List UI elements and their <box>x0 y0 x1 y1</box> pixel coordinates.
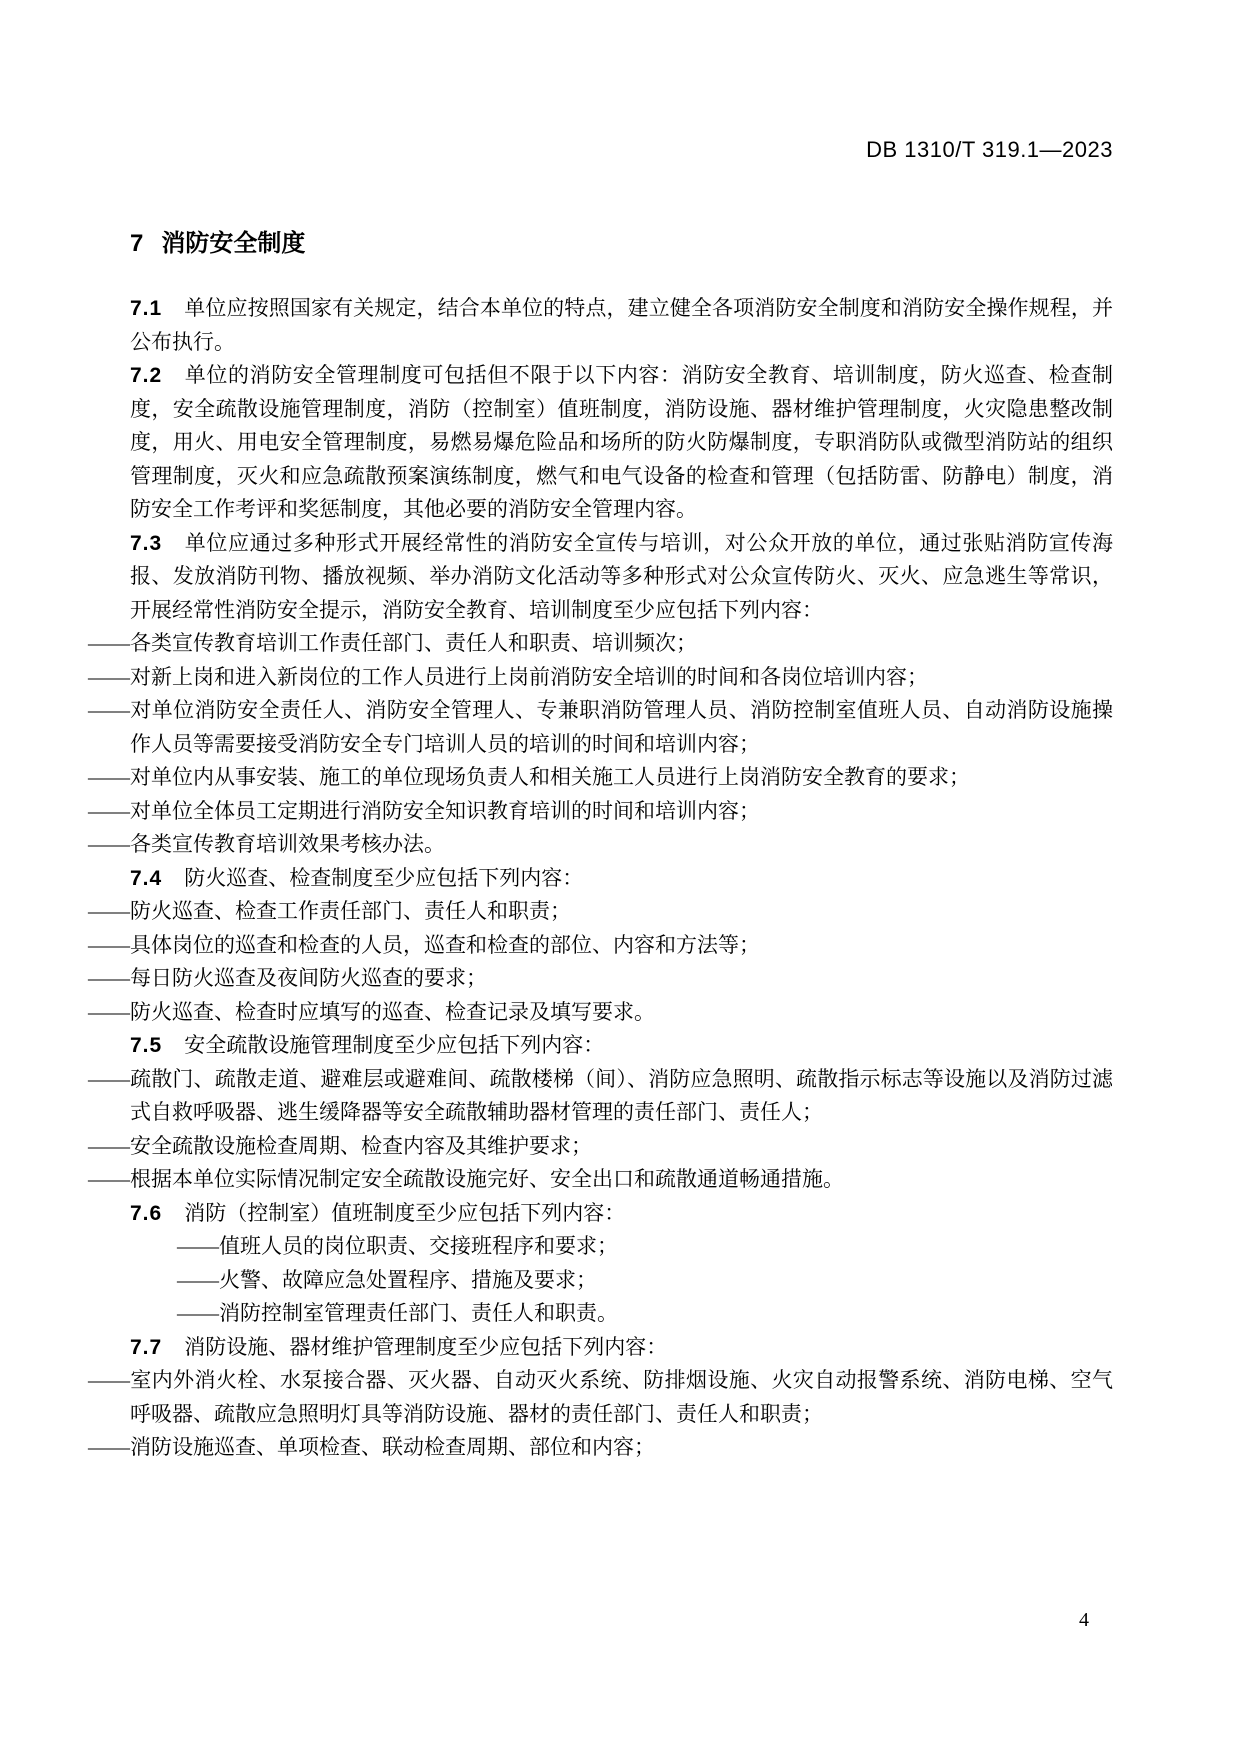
dash-item: ——对新上岗和进入新岗位的工作人员进行上岗前消防安全培训的时间和各岗位培训内容； <box>130 661 1113 695</box>
dash-item: ——各类宣传教育培训工作责任部门、责任人和职责、培训频次； <box>130 627 1113 661</box>
dash-item: ——值班人员的岗位职责、交接班程序和要求； <box>130 1230 1113 1264</box>
clause-number: 7.3 <box>130 532 162 555</box>
clause-text: 安全疏散设施管理制度至少应包括下列内容： <box>184 1033 604 1057</box>
clause-text: 单位应按照国家有关规定，结合本单位的特点，建立健全各项消防安全制度和消防安全操作… <box>130 296 1113 354</box>
clause-number: 7.4 <box>130 867 162 890</box>
section-content: 7.1单位应按照国家有关规定，结合本单位的特点，建立健全各项消防安全制度和消防安… <box>130 292 1113 1465</box>
clause-7-3: 7.3单位应通过多种形式开展经常性的消防安全宣传与培训，对公众开放的单位，通过张… <box>130 527 1113 628</box>
clause-text: 单位应通过多种形式开展经常性的消防安全宣传与培训，对公众开放的单位，通过张贴消防… <box>130 531 1113 622</box>
clause-7-2: 7.2单位的消防安全管理制度可包括但不限于以下内容：消防安全教育、培训制度，防火… <box>130 359 1113 527</box>
dash-item: ——消防控制室管理责任部门、责任人和职责。 <box>130 1297 1113 1331</box>
dash-item: ——安全疏散设施检查周期、检查内容及其维护要求； <box>130 1130 1113 1164</box>
dash-item: ——室内外消火栓、水泵接合器、灭火器、自动灭火系统、防排烟设施、火灾自动报警系统… <box>130 1364 1113 1431</box>
clause-7-4: 7.4防火巡查、检查制度至少应包括下列内容： <box>130 862 1113 896</box>
dash-item: ——对单位全体员工定期进行消防安全知识教育培训的时间和培训内容； <box>130 795 1113 829</box>
dash-item: ——防火巡查、检查工作责任部门、责任人和职责； <box>130 895 1113 929</box>
clause-7-6: 7.6消防（控制室）值班制度至少应包括下列内容： <box>130 1197 1113 1231</box>
clause-number: 7.6 <box>130 1202 162 1225</box>
clause-number: 7.7 <box>130 1336 162 1359</box>
page-number: 4 <box>1079 1608 1089 1632</box>
clause-7-1: 7.1单位应按照国家有关规定，结合本单位的特点，建立健全各项消防安全制度和消防安… <box>130 292 1113 359</box>
dash-item: ——对单位内从事安装、施工的单位现场负责人和相关施工人员进行上岗消防安全教育的要… <box>130 761 1113 795</box>
clause-text: 单位的消防安全管理制度可包括但不限于以下内容：消防安全教育、培训制度，防火巡查、… <box>130 363 1113 521</box>
section-heading: 7消防安全制度 <box>130 230 1113 258</box>
clause-number: 7.2 <box>130 364 162 387</box>
dash-item: ——消防设施巡查、单项检查、联动检查周期、部位和内容； <box>130 1431 1113 1465</box>
clause-text: 防火巡查、检查制度至少应包括下列内容： <box>184 866 583 890</box>
dash-item: ——疏散门、疏散走道、避难层或避难间、疏散楼梯（间）、消防应急照明、疏散指示标志… <box>130 1063 1113 1130</box>
clause-text: 消防（控制室）值班制度至少应包括下列内容： <box>184 1201 625 1225</box>
clause-number: 7.5 <box>130 1034 162 1057</box>
dash-item: ——每日防火巡查及夜间防火巡查的要求； <box>130 962 1113 996</box>
clause-number: 7.1 <box>130 297 162 320</box>
dash-item: ——具体岗位的巡查和检查的人员，巡查和检查的部位、内容和方法等； <box>130 929 1113 963</box>
dash-item: ——火警、故障应急处置程序、措施及要求； <box>130 1264 1113 1298</box>
clause-7-7: 7.7消防设施、器材维护管理制度至少应包括下列内容： <box>130 1331 1113 1365</box>
document-code: DB 1310/T 319.1—2023 <box>130 138 1113 162</box>
dash-item: ——防火巡查、检查时应填写的巡查、检查记录及填写要求。 <box>130 996 1113 1030</box>
clause-text: 消防设施、器材维护管理制度至少应包括下列内容： <box>184 1335 667 1359</box>
dash-item: ——各类宣传教育培训效果考核办法。 <box>130 828 1113 862</box>
section-title: 消防安全制度 <box>161 230 305 257</box>
clause-7-5: 7.5安全疏散设施管理制度至少应包括下列内容： <box>130 1029 1113 1063</box>
dash-item: ——对单位消防安全责任人、消防安全管理人、专兼职消防管理人员、消防控制室值班人员… <box>130 694 1113 761</box>
section-number: 7 <box>130 230 143 257</box>
dash-item: ——根据本单位实际情况制定安全疏散设施完好、安全出口和疏散通道畅通措施。 <box>130 1163 1113 1197</box>
document-page: DB 1310/T 319.1—2023 7消防安全制度 7.1单位应按照国家有… <box>0 0 1241 1755</box>
